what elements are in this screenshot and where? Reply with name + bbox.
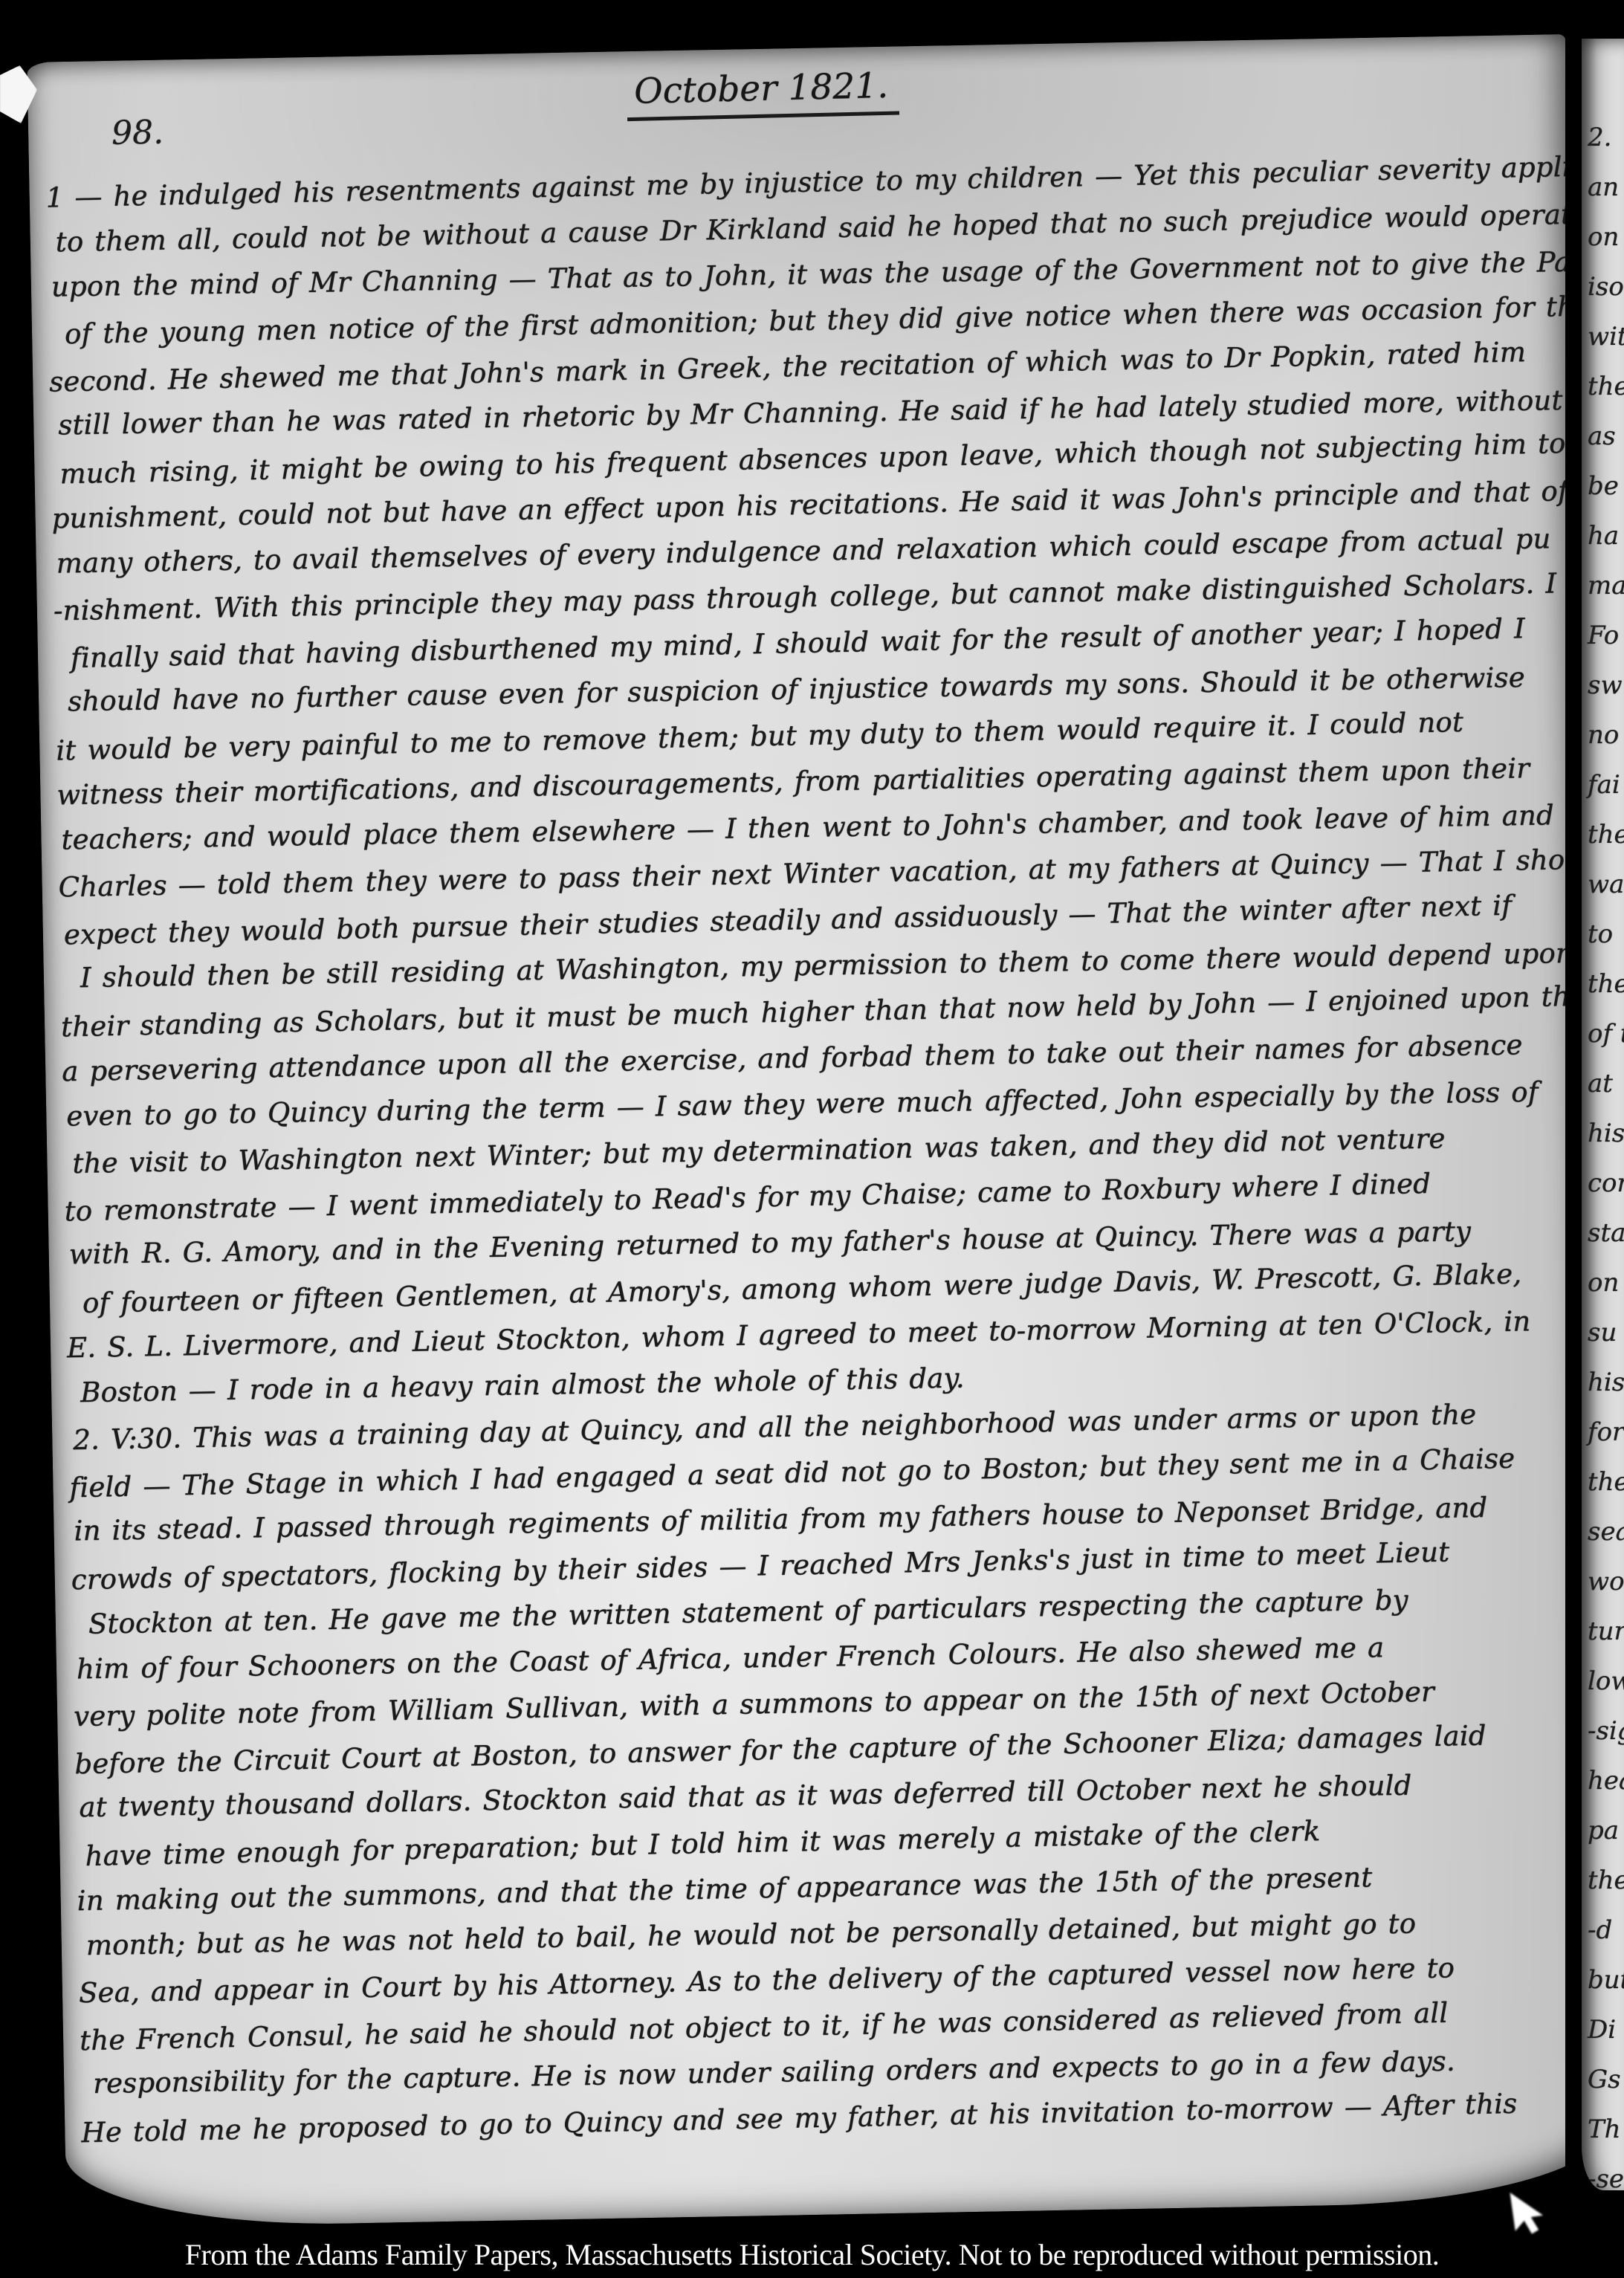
facing-page-edge: 2.anonisowittheasbehamaFoswnofaithewatot… [1582,39,1624,2190]
facing-page-text-fragment: wit [1582,312,1624,362]
facing-page-text-fragment: hea [1582,1756,1624,1806]
facing-page-text-fragment: sw [1582,661,1624,711]
facing-page-text-fragment: -se [1582,2155,1624,2190]
archive-caption: From the Adams Family Papers, Massachuse… [185,2237,1439,2272]
facing-page-text-fragment: to [1582,910,1624,960]
facing-page-text-fragment: ma [1582,561,1624,611]
mouse-cursor-icon [1504,2187,1559,2246]
facing-page-text-fragment: the [1582,810,1624,860]
facing-page-text-fragment: wo [1582,1557,1624,1607]
facing-page-text-fragment: iso [1582,262,1624,312]
facing-page-text-fragment: 2. [1582,113,1624,163]
facing-page-text-fragment: sea [1582,1507,1624,1557]
facing-page-text-fragment: Fo [1582,611,1624,661]
facing-page-text-fragment: at [1582,1059,1624,1109]
facing-page-text-fragment: of t [1582,1009,1624,1059]
facing-page-text-fragment: for [1582,1408,1624,1457]
facing-page-text-fragment: ha [1582,511,1624,561]
facing-page-text-fragment: but [1582,1955,1624,2005]
page-heading-date: October 1821. [627,65,899,121]
facing-page-text-fragment: Di [1582,2005,1624,2055]
manuscript-page: 98. October 1821. 1 — he indulged his re… [27,34,1605,2228]
manuscript-text: 1 — he indulged his resentments against … [45,146,1585,2155]
facing-page-text-fragment: wa [1582,860,1624,910]
facing-page-text-fragment: Th [1582,2105,1624,2155]
facing-page-text-fragment: as [1582,412,1624,462]
facing-page-text-fragment: his [1582,1109,1624,1159]
facing-page-text-fragment: -d [1582,1906,1624,1955]
facing-page-text-fragment: on [1582,213,1624,262]
facing-page-text-fragment: Gs [1582,2055,1624,2105]
facing-page-text-fragment: no [1582,711,1624,760]
facing-page-text-fragment: con [1582,1159,1624,1208]
scanned-manuscript-viewer: 98. October 1821. 1 — he indulged his re… [0,0,1624,2278]
facing-page-text-fragment: pa [1582,1806,1624,1856]
facing-page-text-fragment: the [1582,1856,1624,1906]
page-gutter [1565,0,1583,2222]
caption-bar: From the Adams Family Papers, Massachuse… [0,2231,1624,2278]
facing-page-text-fragment: fai [1582,760,1624,810]
facing-page-text-fragment: su [1582,1308,1624,1358]
facing-page-text-fragment: -sig [1582,1706,1624,1756]
facing-page-text-fragment: the [1582,960,1624,1009]
page-number: 98. [111,114,164,152]
facing-page-text-fragment: tur [1582,1607,1624,1657]
facing-page-text-fragment: low [1582,1657,1624,1706]
facing-page-text-fragment: the [1582,362,1624,412]
facing-page-text-fragment: his [1582,1358,1624,1408]
facing-page-text-fragment: be [1582,462,1624,511]
facing-page-text-fragment: an [1582,163,1624,213]
facing-page-text-fragment: on [1582,1258,1624,1308]
facing-page-text-fragment: sta [1582,1208,1624,1258]
facing-page-text-fragment: the [1582,1457,1624,1507]
